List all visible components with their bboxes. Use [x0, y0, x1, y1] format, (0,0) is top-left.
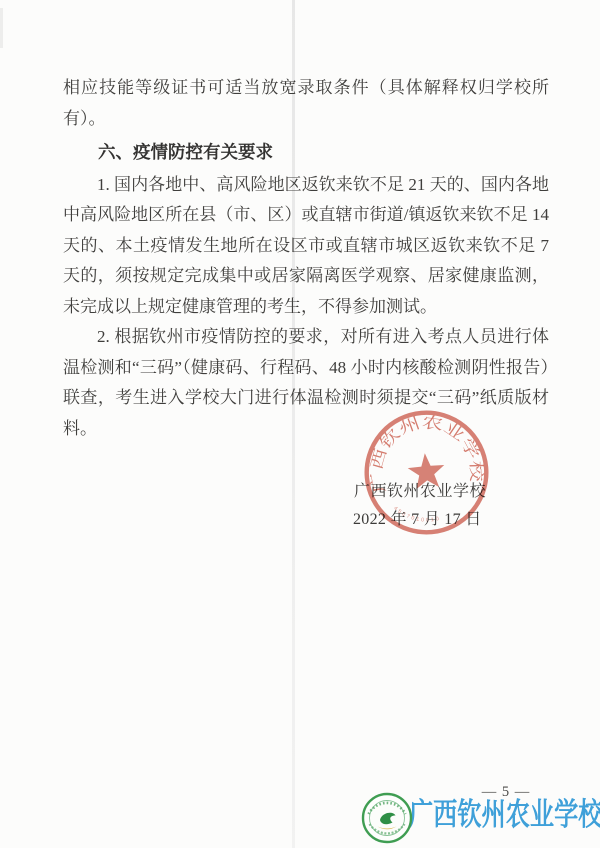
- svg-text:4507010010: 4507010010: [392, 502, 442, 527]
- page-number: — 5 —: [470, 784, 542, 801]
- scan-edge-artifact: [0, 8, 3, 48]
- official-seal: 广西钦州农业学校 4507010010: [353, 399, 499, 545]
- document-body: 相应技能等级证书可适当放宽录取条件（具体解释权归学校所有）。 六、疫情防控有关要…: [63, 73, 549, 444]
- seal-star-icon: [407, 452, 447, 490]
- school-logo-icon: [360, 790, 414, 846]
- seal-serial-number: 4507010010: [392, 502, 442, 527]
- paragraph-1: 1. 国内各地中、高风险地区返钦来钦不足 21 天的、国内各地中高风险地区所在县…: [63, 170, 549, 323]
- section-heading: 六、疫情防控有关要求: [63, 137, 549, 168]
- intro-line: 相应技能等级证书可适当放宽录取条件（具体解释权归学校所有）。: [63, 73, 549, 134]
- scanned-document-page: 相应技能等级证书可适当放宽录取条件（具体解释权归学校所有）。 六、疫情防控有关要…: [0, 0, 600, 848]
- school-watermark-text: 广西钦州农业学校: [409, 798, 600, 832]
